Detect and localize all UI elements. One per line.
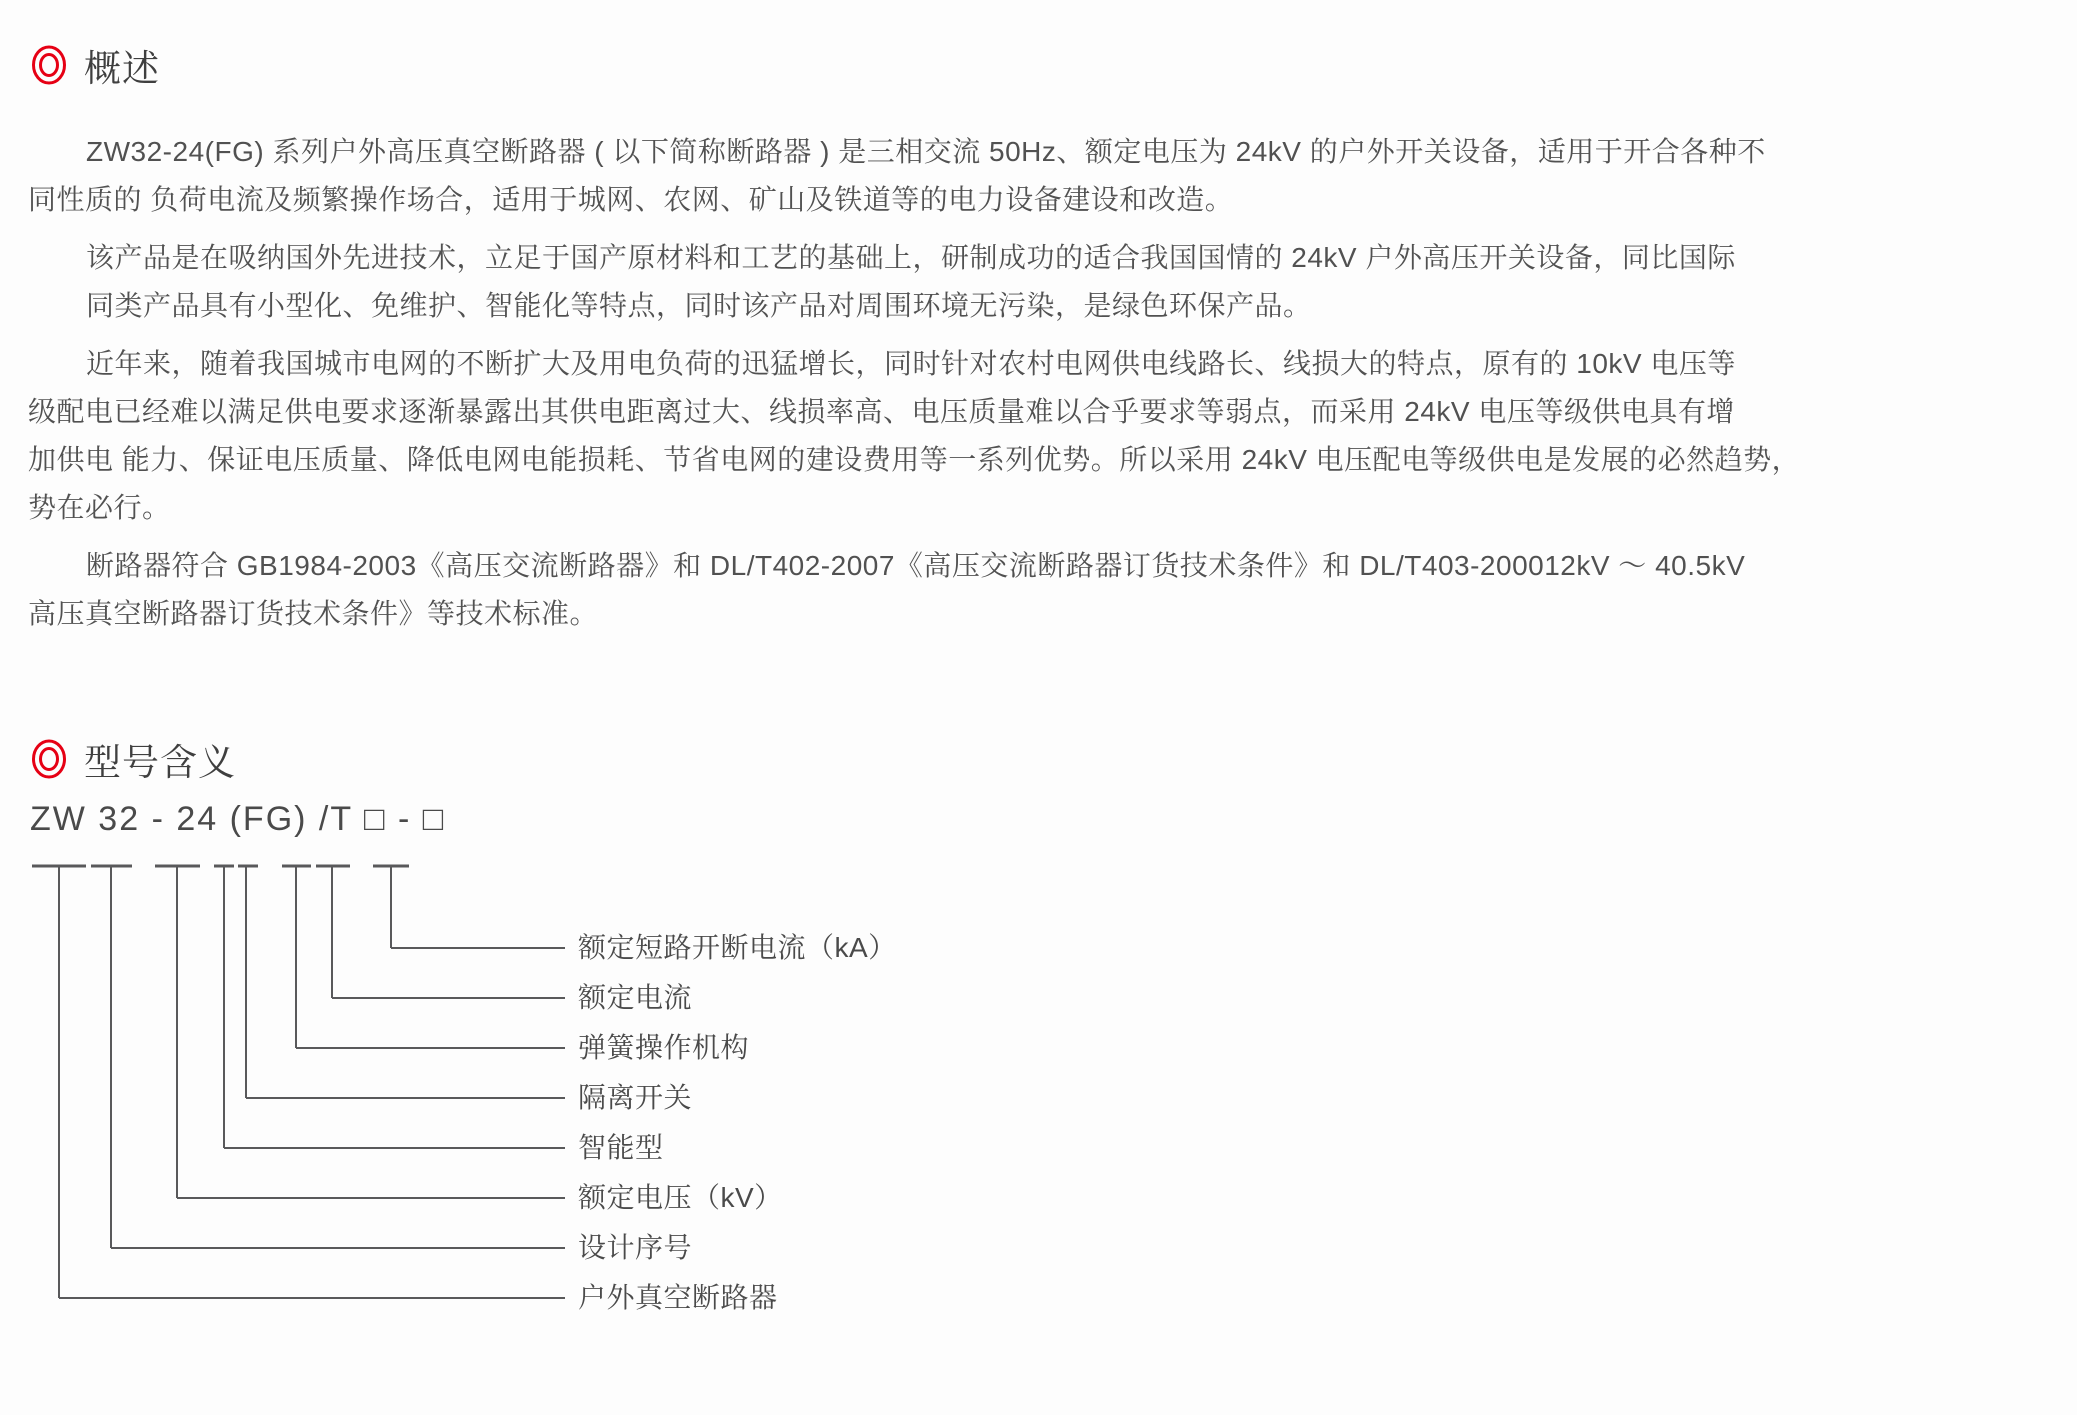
diagram-label: 额定短路开断电流（kA） [578, 924, 897, 972]
paragraph-line: 该产品是在吸纳国外先进技术，立足于国产原材料和工艺的基础上，研制成功的适合我国国… [28, 234, 2058, 282]
paragraph-line: 同类产品具有小型化、免维护、智能化等特点，同时该产品对周围环境无污染，是绿色环保… [28, 282, 2058, 330]
model-section-heading: 型号含义 [30, 732, 236, 786]
model-heading-text: 型号含义 [84, 732, 236, 786]
paragraph-line: 高压真空断路器订货技术条件》等技术标准。 [28, 590, 2058, 638]
diagram-label: 设计序号 [578, 1224, 692, 1272]
diagram-label: 智能型 [578, 1124, 664, 1172]
overview-heading-text: 概述 [84, 38, 160, 92]
diagram-label: 隔离开关 [578, 1074, 692, 1122]
diagram-label: 户外真空断路器 [578, 1274, 778, 1322]
paragraph: 近年来，随着我国城市电网的不断扩大及用电负荷的迅猛增长，同时针对农村电网供电线路… [28, 340, 2058, 532]
paragraph: 该产品是在吸纳国外先进技术，立足于国产原材料和工艺的基础上，研制成功的适合我国国… [28, 234, 2058, 330]
paragraph-line: 势在必行。 [28, 484, 2058, 532]
paragraph-line: 加供电 能力、保证电压质量、降低电网电能损耗、节省电网的建设费用等一系列优势。所… [28, 436, 2058, 484]
paragraph: ZW32-24(FG) 系列户外高压真空断路器 ( 以下简称断路器 ) 是三相交… [28, 128, 2058, 224]
model-code: ZW 32 - 24 (FG) /T □ - □ [30, 800, 445, 839]
paragraph-line: 级配电已经难以满足供电要求逐渐暴露出其供电距离过大、线损率高、电压质量难以合乎要… [28, 388, 2058, 436]
paragraph-line: 近年来，随着我国城市电网的不断扩大及用电负荷的迅猛增长，同时针对农村电网供电线路… [28, 340, 2058, 388]
diagram-label: 额定电流 [578, 974, 692, 1022]
paragraph: 断路器符合 GB1984-2003《高压交流断路器》和 DL/T402-2007… [28, 542, 2058, 638]
overview-paragraphs: ZW32-24(FG) 系列户外高压真空断路器 ( 以下简称断路器 ) 是三相交… [28, 128, 2058, 648]
double-circle-icon [30, 737, 68, 781]
paragraph-line: ZW32-24(FG) 系列户外高压真空断路器 ( 以下简称断路器 ) 是三相交… [28, 128, 2058, 176]
paragraph-line: 同性质的 负荷电流及频繁操作场合，适用于城网、农网、矿山及铁道等的电力设备建设和… [28, 176, 2058, 224]
double-circle-icon [30, 43, 68, 87]
catalog-page: 概述 ZW32-24(FG) 系列户外高压真空断路器 ( 以下简称断路器 ) 是… [0, 0, 2077, 1415]
model-designation-diagram: 额定短路开断电流（kA）额定电流弹簧操作机构隔离开关智能型额定电压（kV）设计序… [0, 856, 1200, 1356]
diagram-label: 额定电压（kV） [578, 1174, 783, 1222]
diagram-label: 弹簧操作机构 [578, 1024, 749, 1072]
overview-section-heading: 概述 [30, 38, 160, 92]
paragraph-line: 断路器符合 GB1984-2003《高压交流断路器》和 DL/T402-2007… [28, 542, 2058, 590]
